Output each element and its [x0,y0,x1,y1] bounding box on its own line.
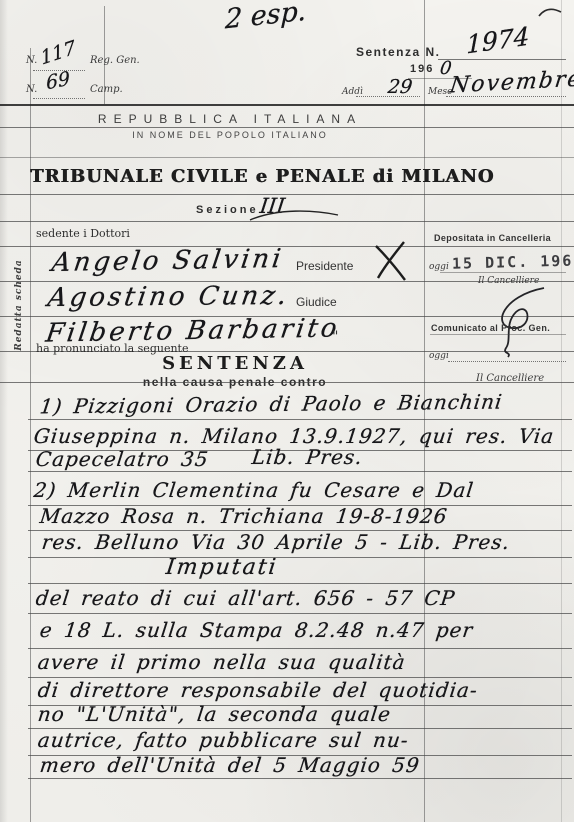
ruled-line [28,471,572,472]
ruled-line [28,613,572,614]
addi-value: 29 [387,76,414,98]
sentenza-underline [438,59,566,60]
imputati-heading: Imputati [164,555,279,580]
judge-name: Angelo Salvini [50,244,286,278]
ruled-line [0,127,574,128]
body-line: res. Belluno Via 30 Aprile 5 - Lib. Pres… [41,530,512,554]
ruled-line [28,419,572,420]
body-line: autrice, fatto pubblicare sul nu- [37,728,411,752]
camp-number: 69 [45,67,70,94]
mese-value: Novembre [449,66,574,98]
header-separator-line [0,104,574,106]
sentenza-label: Sentenza N. [356,45,441,59]
depositata-label: Depositata in Cancelleria [434,233,551,243]
body-line: 1) Pizzigoni Orazio di Paolo e Bianchini [38,390,504,419]
margin-note: Redatta scheda [14,250,24,360]
ruled-line [0,194,574,195]
oggi-label: oggi [429,351,449,361]
judge-role-ditto-mark: " [332,329,338,345]
body-line: Mazzo Rosa n. Trichiana 19-8-1926 [39,504,450,528]
ruled-line [0,157,574,158]
sentenza-title: SENTENZA [100,353,370,374]
body-line: avere il primo nella sua qualità [37,650,408,674]
ruled-line [0,221,574,222]
cancelliere-signature [482,282,562,360]
sedente-label: sedente i Dottori [36,227,130,240]
body-line: e 18 L. sulla Stampa 8.2.48 n.47 per [39,618,475,642]
sentenza-number: 1974 [466,21,529,59]
body-line: no "L'Unità", la seconda quale [37,702,393,726]
body-line: mero dell'Unità del 5 Maggio 59 [39,753,422,777]
body-line: del reato di cui all'art. 656 - 57 CP [35,586,457,610]
scanned-sentence-document: 2 esp. N. 117 Reg. Gen. N. 69 Camp. Sent… [0,0,574,822]
reg-gen-label: Reg. Gen. [90,55,140,66]
body-line-right-segment: Lib. Pres. [251,445,365,469]
camp-dotted-line [33,98,85,99]
tribunal-heading: TRIBUNALE CIVILE e PENALE di MILANO [30,166,440,187]
ruled-line [28,778,572,779]
oggi-label: oggi [429,262,449,272]
deposit-date-stamp: 15 DIC. 1960 [452,251,574,272]
ruled-line [28,557,572,558]
popolo-subheading: IN NOME DEL POPOLO ITALIANO [50,130,410,140]
top-scribble: 2 esp. [225,0,307,35]
body-line: 2) Merlin Clementina fu Cesare e Dal [33,478,476,502]
reg-gen-n-label: N. [26,55,37,66]
camp-n-label: N. [26,84,37,95]
judge-name: Agostino Cunz. [46,281,292,313]
mese-dotted-line [446,96,566,97]
presidente-x-mark [372,240,408,282]
ruled-line [0,382,574,383]
oggi-dotted-line [448,361,566,362]
camp-label: Camp. [90,84,123,95]
comunicato-underline [430,334,566,335]
reg-gen-number: 117 [39,36,77,69]
stamp-underline [440,272,566,273]
pen-mark [537,4,563,20]
republic-heading: REPUBBLICA ITALIANA [50,112,410,126]
year-printed: 196 [410,63,434,75]
ruled-line [28,583,572,584]
ruled-line [28,648,572,649]
judge-role-label: Presidente [296,259,353,273]
addi-dotted-line [356,96,420,97]
body-line: di direttore responsabile del quotidia- [37,678,480,702]
body-line: Capecelatro 35 [35,447,211,471]
comunicato-label: Comunicato al Proc. Gen. [431,323,550,333]
scan-edge-rule [561,0,562,822]
judge-role-label: Giudice [296,295,337,309]
